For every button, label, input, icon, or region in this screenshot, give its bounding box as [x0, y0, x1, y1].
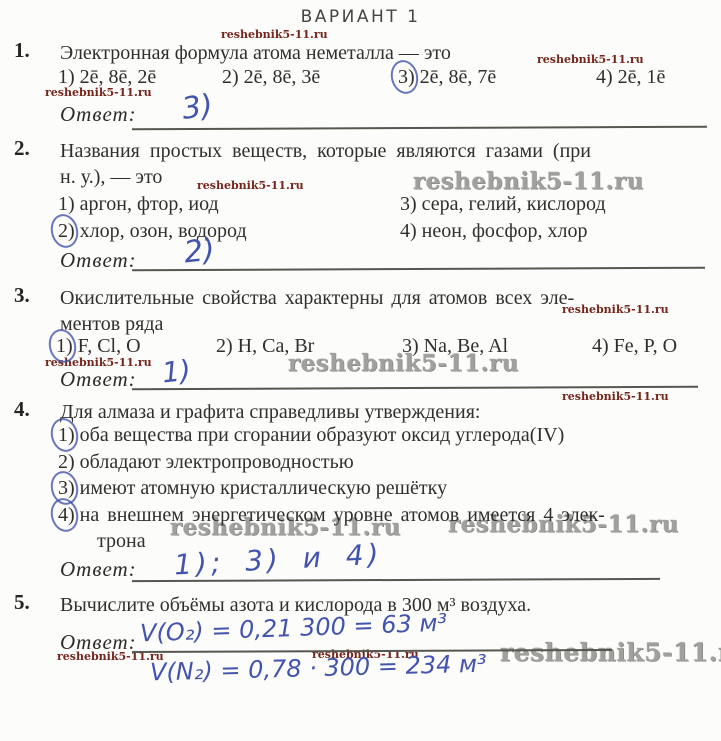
option-text: 2ē, 1ē: [618, 66, 666, 88]
question-4: 4. Для алмаза и графита справедливы утве…: [0, 397, 721, 587]
option-number: 3): [400, 193, 417, 216]
option-number-circle: 1): [56, 335, 73, 358]
answer-label: Ответ:: [60, 630, 137, 655]
option-1-circled: 1)F, Cl, O: [56, 335, 141, 358]
option-number: 1): [58, 66, 75, 89]
option-3: 3)сера, гелий, кислород: [400, 193, 606, 216]
option-2: 2)2ē, 8ē, 3ē: [222, 66, 320, 89]
option-number-circle: 3): [58, 477, 75, 500]
option-text: на внешнем энергетическом уровне атомов …: [80, 504, 605, 526]
option-number: 4): [400, 220, 417, 243]
answer-line: [132, 126, 707, 131]
option-2: 2)H, Ca, Br: [216, 335, 314, 358]
handwritten-answer: 3): [180, 88, 215, 127]
option-text: 2ē, 8ē, 7ē: [420, 66, 497, 88]
answer-label: Ответ:: [60, 248, 137, 273]
option-4-circled: 4)на внешнем энергетическом уровне атомо…: [58, 504, 605, 527]
option-text: аргон, фтор, иод: [80, 193, 219, 215]
option-number-circle: 3): [398, 66, 415, 89]
question-number: 2.: [14, 136, 30, 161]
option-text: хлор, озон, водород: [80, 220, 247, 242]
option-number-circle: 2): [58, 220, 75, 243]
option-1-circled: 1)оба вещества при сгорании образуют окс…: [58, 424, 564, 447]
question-text-line-2: н. у.), — это: [60, 164, 710, 190]
question-5: 5. Вычислите объёмы азота и кислорода в …: [0, 590, 721, 710]
handwritten-answer: 1): [160, 354, 192, 390]
question-number: 1.: [14, 38, 30, 63]
option-text: имеют атомную кристаллическую решётку: [80, 477, 447, 499]
worksheet-page: ВАРИАНТ 1 reshebnik5-11.ru reshebnik5-11…: [0, 0, 721, 741]
option-4: 4)Fe, P, O: [592, 335, 677, 358]
option-text: Na, Be, Al: [424, 335, 508, 357]
answer-label: Ответ:: [60, 367, 137, 392]
option-number: 2): [222, 66, 239, 89]
option-number: 2): [216, 335, 233, 358]
option-text: 2ē, 8ē, 3ē: [244, 66, 321, 88]
option-number: 1): [58, 193, 75, 216]
question-text-line-2: ментов ряда: [60, 311, 710, 337]
option-text: сера, гелий, кислород: [422, 193, 606, 215]
question-text-line-1: Названия простых веществ, которые являют…: [60, 138, 710, 164]
option-number: 4): [596, 66, 613, 89]
question-3: 3. Окислительные свойства характерны для…: [0, 283, 721, 395]
question-2: 2. Названия простых веществ, которые явл…: [0, 136, 721, 281]
question-text: Электронная формула атома неметалла — эт…: [60, 40, 710, 66]
option-number-circle: 1): [58, 424, 75, 447]
question-text: Для алмаза и графита справедливы утвержд…: [60, 399, 710, 425]
question-text-line-1: Окислительные свойства характерны для ат…: [60, 285, 710, 311]
option-number: 4): [592, 335, 609, 358]
option-text: оба вещества при сгорании образуют оксид…: [80, 424, 565, 446]
handwritten-work-line-2: V(N₂) = 0,78 · 300 = 234 м³: [150, 650, 487, 687]
option-4-continuation: трона: [97, 530, 146, 553]
option-text: трона: [97, 530, 146, 552]
answer-label: Ответ:: [60, 102, 137, 127]
option-2-circled: 2)хлор, озон, водород: [58, 220, 247, 243]
option-1: 1)2ē, 8ē, 2ē: [58, 66, 156, 89]
handwritten-answer: 1); 3) и 4): [173, 538, 383, 582]
option-number: 3): [402, 335, 419, 358]
question-1: 1. Электронная формула атома неметалла —…: [0, 38, 721, 136]
option-3-circled: 3)имеют атомную кристаллическую решётку: [58, 477, 447, 500]
option-text: F, Cl, O: [78, 335, 141, 357]
page-title: ВАРИАНТ 1: [0, 7, 721, 27]
option-number-circle: 4): [58, 504, 75, 527]
option-4: 4)2ē, 1ē: [596, 66, 665, 89]
option-4: 4)неон, фосфор, хлор: [400, 220, 587, 243]
option-text: обладают электропроводностью: [80, 451, 354, 473]
question-number: 3.: [14, 283, 30, 308]
option-text: Fe, P, O: [614, 335, 677, 357]
answer-label: Ответ:: [60, 557, 137, 582]
option-text: неон, фосфор, хлор: [422, 220, 588, 242]
question-number: 5.: [14, 590, 30, 615]
option-2: 2)обладают электропроводностью: [58, 451, 354, 474]
option-text: 2ē, 8ē, 2ē: [80, 66, 157, 88]
option-text: H, Ca, Br: [238, 335, 315, 357]
option-3: 3)Na, Be, Al: [402, 335, 508, 358]
answer-line: [132, 267, 705, 272]
question-number: 4.: [14, 397, 30, 422]
answer-line: [132, 386, 698, 390]
option-1: 1)аргон, фтор, иод: [58, 193, 219, 216]
option-3-circled: 3)2ē, 8ē, 7ē: [398, 66, 496, 89]
handwritten-answer: 2): [182, 232, 216, 270]
